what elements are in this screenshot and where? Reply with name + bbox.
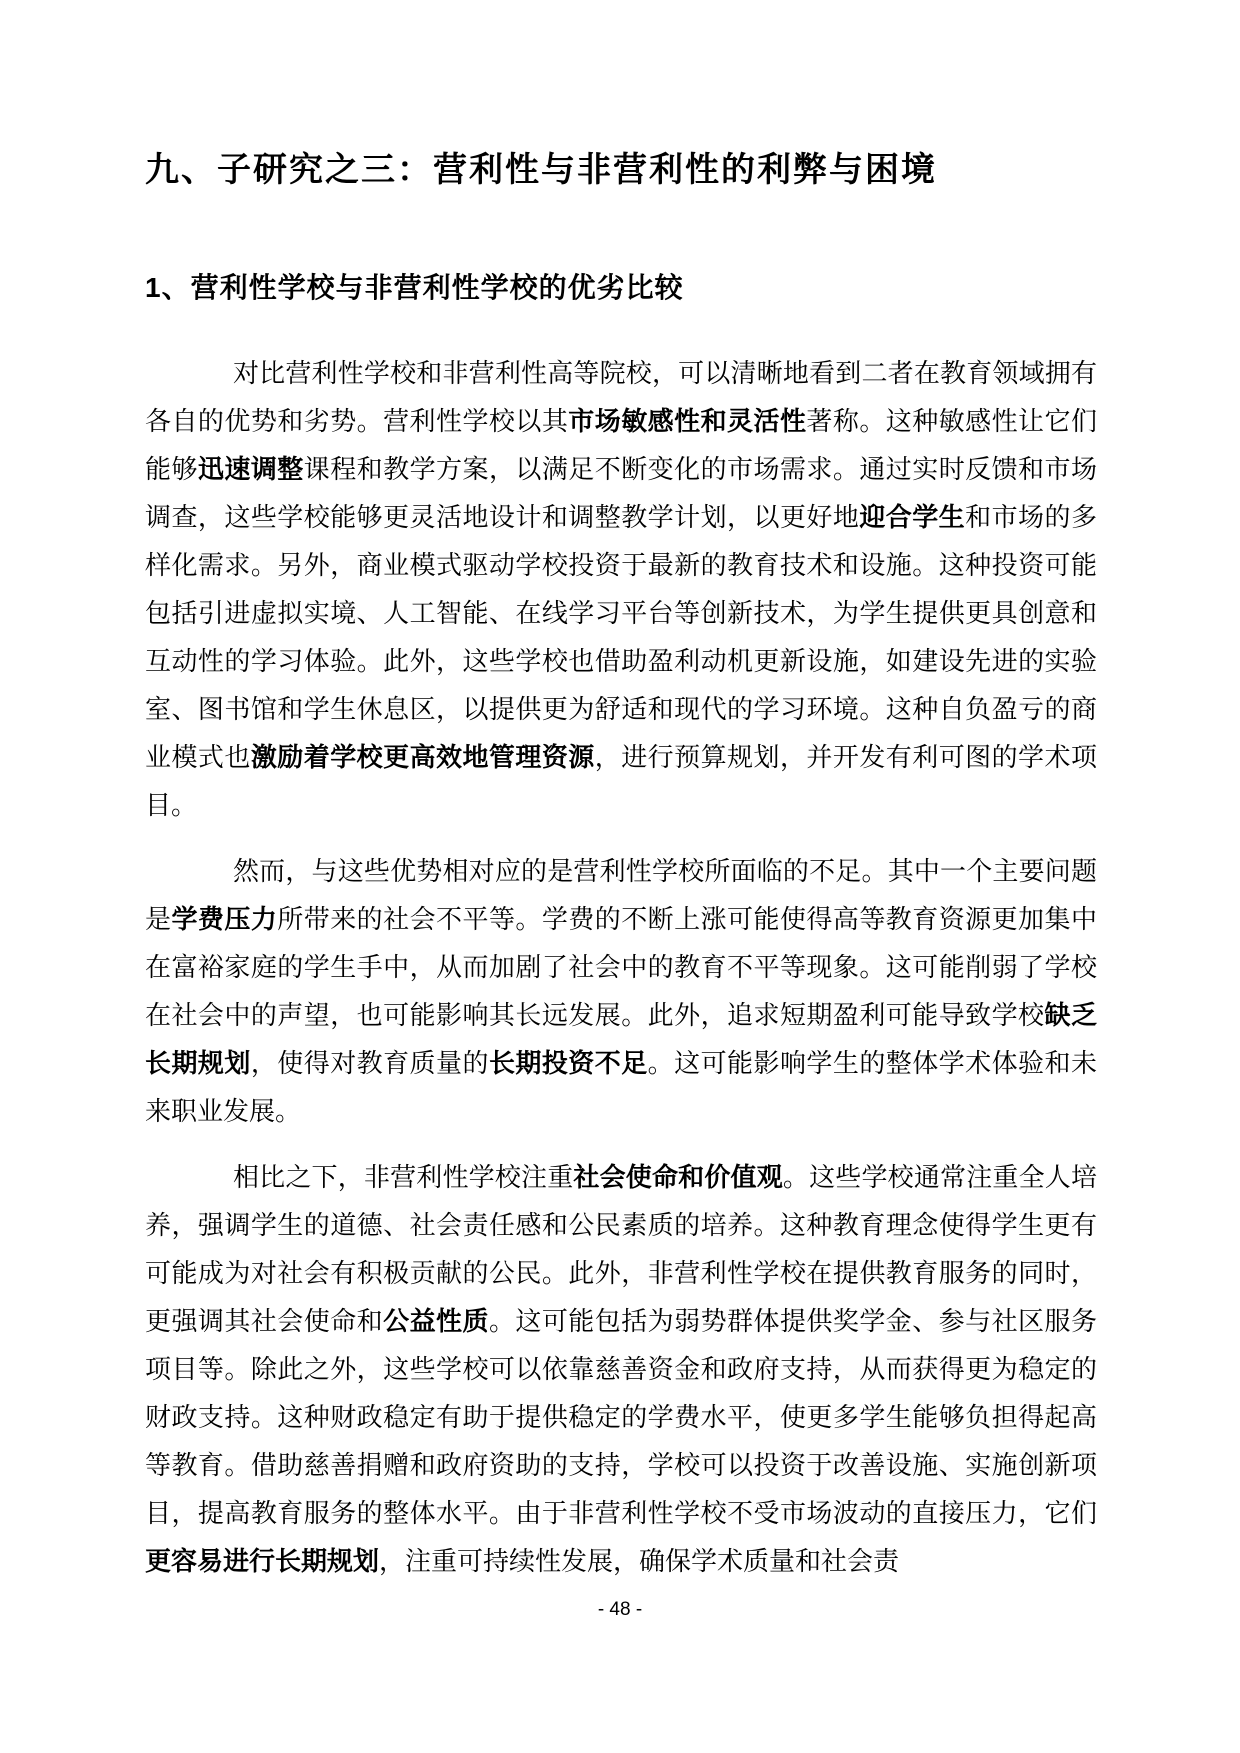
page-number: - 48 - <box>598 1599 642 1620</box>
body-text: 所带来的社会不平等。学费的不断上涨可能使得高等教育资源更加集中在富裕家庭的学生手… <box>145 905 1097 1030</box>
emphasis-text: 社会使命和价值观 <box>573 1163 783 1192</box>
paragraph: 然而，与这些优势相对应的是营利性学校所面临的不足。其中一个主要问题是学费压力所带… <box>145 848 1097 1136</box>
emphasis-text: 激励着学校更高效地管理资源 <box>251 743 595 772</box>
body-text: 。这可能包括为弱势群体提供奖学金、参与社区服务项目等。除此之外，这些学校可以依靠… <box>145 1307 1097 1528</box>
emphasis-text: 迅速调整 <box>198 455 304 484</box>
body-text: 相比之下，非营利性学校注重 <box>233 1163 573 1192</box>
emphasis-text: 市场敏感性和灵活性 <box>568 407 806 436</box>
paragraph: 对比营利性学校和非营利性高等院校，可以清晰地看到二者在教育领域拥有各自的优势和劣… <box>145 350 1097 830</box>
section-heading: 1、营利性学校与非营利性学校的优劣比较 <box>145 270 1097 306</box>
body-text: ，使得对教育质量的 <box>251 1049 489 1078</box>
body-text: 和市场的多样化需求。另外，商业模式驱动学校投资于最新的教育技术和设施。这种投资可… <box>145 503 1097 772</box>
emphasis-text: 公益性质 <box>383 1307 489 1336</box>
body-text: ，注重可持续性发展，确保学术质量和社会责 <box>379 1547 899 1576</box>
emphasis-text: 学费压力 <box>171 905 277 934</box>
emphasis-text: 长期投资不足 <box>489 1049 648 1078</box>
document-page: 九、子研究之三：营利性与非营利性的利弊与困境 1、营利性学校与非营利性学校的优劣… <box>0 0 1240 1753</box>
emphasis-text: 更容易进行长期规划 <box>145 1547 379 1576</box>
page-content: 九、子研究之三：营利性与非营利性的利弊与困境 1、营利性学校与非营利性学校的优劣… <box>145 0 1097 1586</box>
paragraph: 相比之下，非营利性学校注重社会使命和价值观。这些学校通常注重全人培养，强调学生的… <box>145 1154 1097 1586</box>
document-body: 对比营利性学校和非营利性高等院校，可以清晰地看到二者在教育领域拥有各自的优势和劣… <box>145 350 1097 1586</box>
document-title: 九、子研究之三：营利性与非营利性的利弊与困境 <box>145 148 1097 194</box>
emphasis-text: 迎合学生 <box>859 503 965 532</box>
page-footer: - 48 - <box>0 1598 1240 1622</box>
